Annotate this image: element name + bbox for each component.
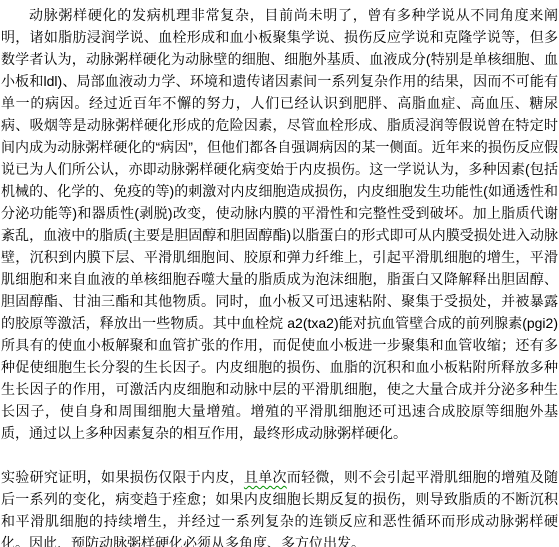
paragraph-experimental-research: 实验研究证明，如果损伤仅限于内皮，且单次而轻微，则不会引起平滑肌细胞的增殖及随后… <box>1 466 558 547</box>
paragraph-atherosclerosis-mechanism: 动脉粥样硬化的发病机理非常复杂，目前尚未明了，曾有多种学说从不同角度来阐明，诸如… <box>1 4 558 444</box>
paragraph-2-text-before: 实验研究证明，如果损伤仅限于内皮， <box>1 469 244 485</box>
paragraph-1-text: 动脉粥样硬化的发病机理非常复杂，目前尚未明了，曾有多种学说从不同角度来阐明，诸如… <box>1 7 558 441</box>
document-page: 动脉粥样硬化的发病机理非常复杂，目前尚未明了，曾有多种学说从不同角度来阐明，诸如… <box>0 0 559 547</box>
grammar-check-flagged-text: 且单次 <box>244 469 287 485</box>
